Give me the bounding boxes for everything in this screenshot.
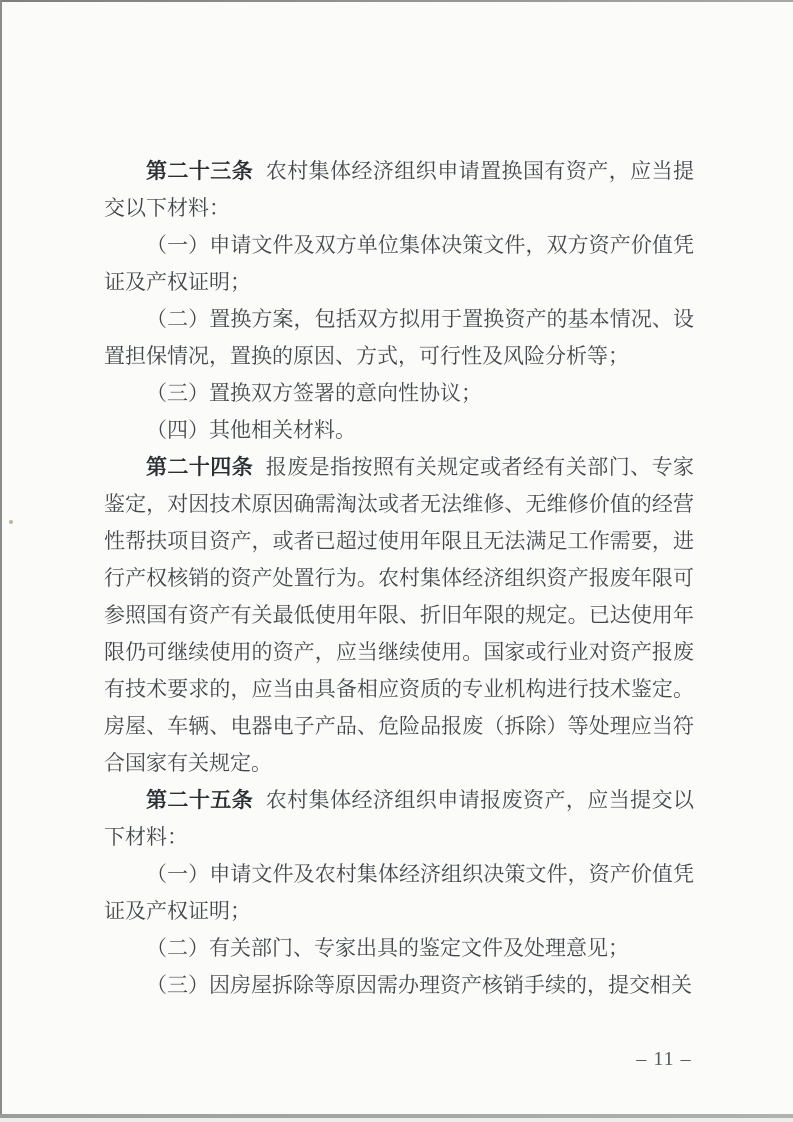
article-25-item-1: （一）申请文件及农村集体经济组织决策文件，资产价值凭证及产权证明； [104,856,694,930]
article-25-opening-paragraph: 第二十五条农村集体经济组织申请报废资产，应当提交以下材料： [104,782,694,856]
article-25-item-2: （二）有关部门、专家出具的鉴定文件及处理意见； [104,930,694,967]
scan-edge-left [0,0,2,1122]
article-23-item-3: （三）置换双方签署的意向性协议； [104,375,694,412]
scanned-document-page: 第二十三条农村集体经济组织申请置换国有资产，应当提交以下材料： （一）申请文件及… [0,0,793,1122]
article-25-item-3: （三）因房屋拆除等原因需办理资产核销手续的，提交相关 [104,967,694,1004]
page-number: – 11 – [618,1046,710,1072]
article-25-number: 第二十五条 [146,788,253,812]
article-23-item-1: （一）申请文件及双方单位集体决策文件，双方资产价值凭证及产权证明； [104,227,694,301]
article-24-number: 第二十四条 [146,455,253,479]
article-23-item-4: （四）其他相关材料。 [104,412,694,449]
scan-edge-bottom-shadow [0,1118,793,1122]
article-23-item-2: （二）置换方案，包括双方拟用于置换资产的基本情况、设置担保情况，置换的原因、方式… [104,301,694,375]
document-body: 第二十三条农村集体经济组织申请置换国有资产，应当提交以下材料： （一）申请文件及… [104,153,694,1004]
article-23-opening-paragraph: 第二十三条农村集体经济组织申请置换国有资产，应当提交以下材料： [104,153,694,227]
scan-edge-top [0,0,793,2]
article-24-paragraph: 第二十四条报废是指按照有关规定或者经有关部门、专家鉴定，对因技术原因确需淘汰或者… [104,449,694,782]
article-23-number: 第二十三条 [146,159,253,183]
scan-speck [9,520,13,524]
article-24-body-text: 报废是指按照有关规定或者经有关部门、专家鉴定，对因技术原因确需淘汰或者无法维修、… [104,455,694,775]
